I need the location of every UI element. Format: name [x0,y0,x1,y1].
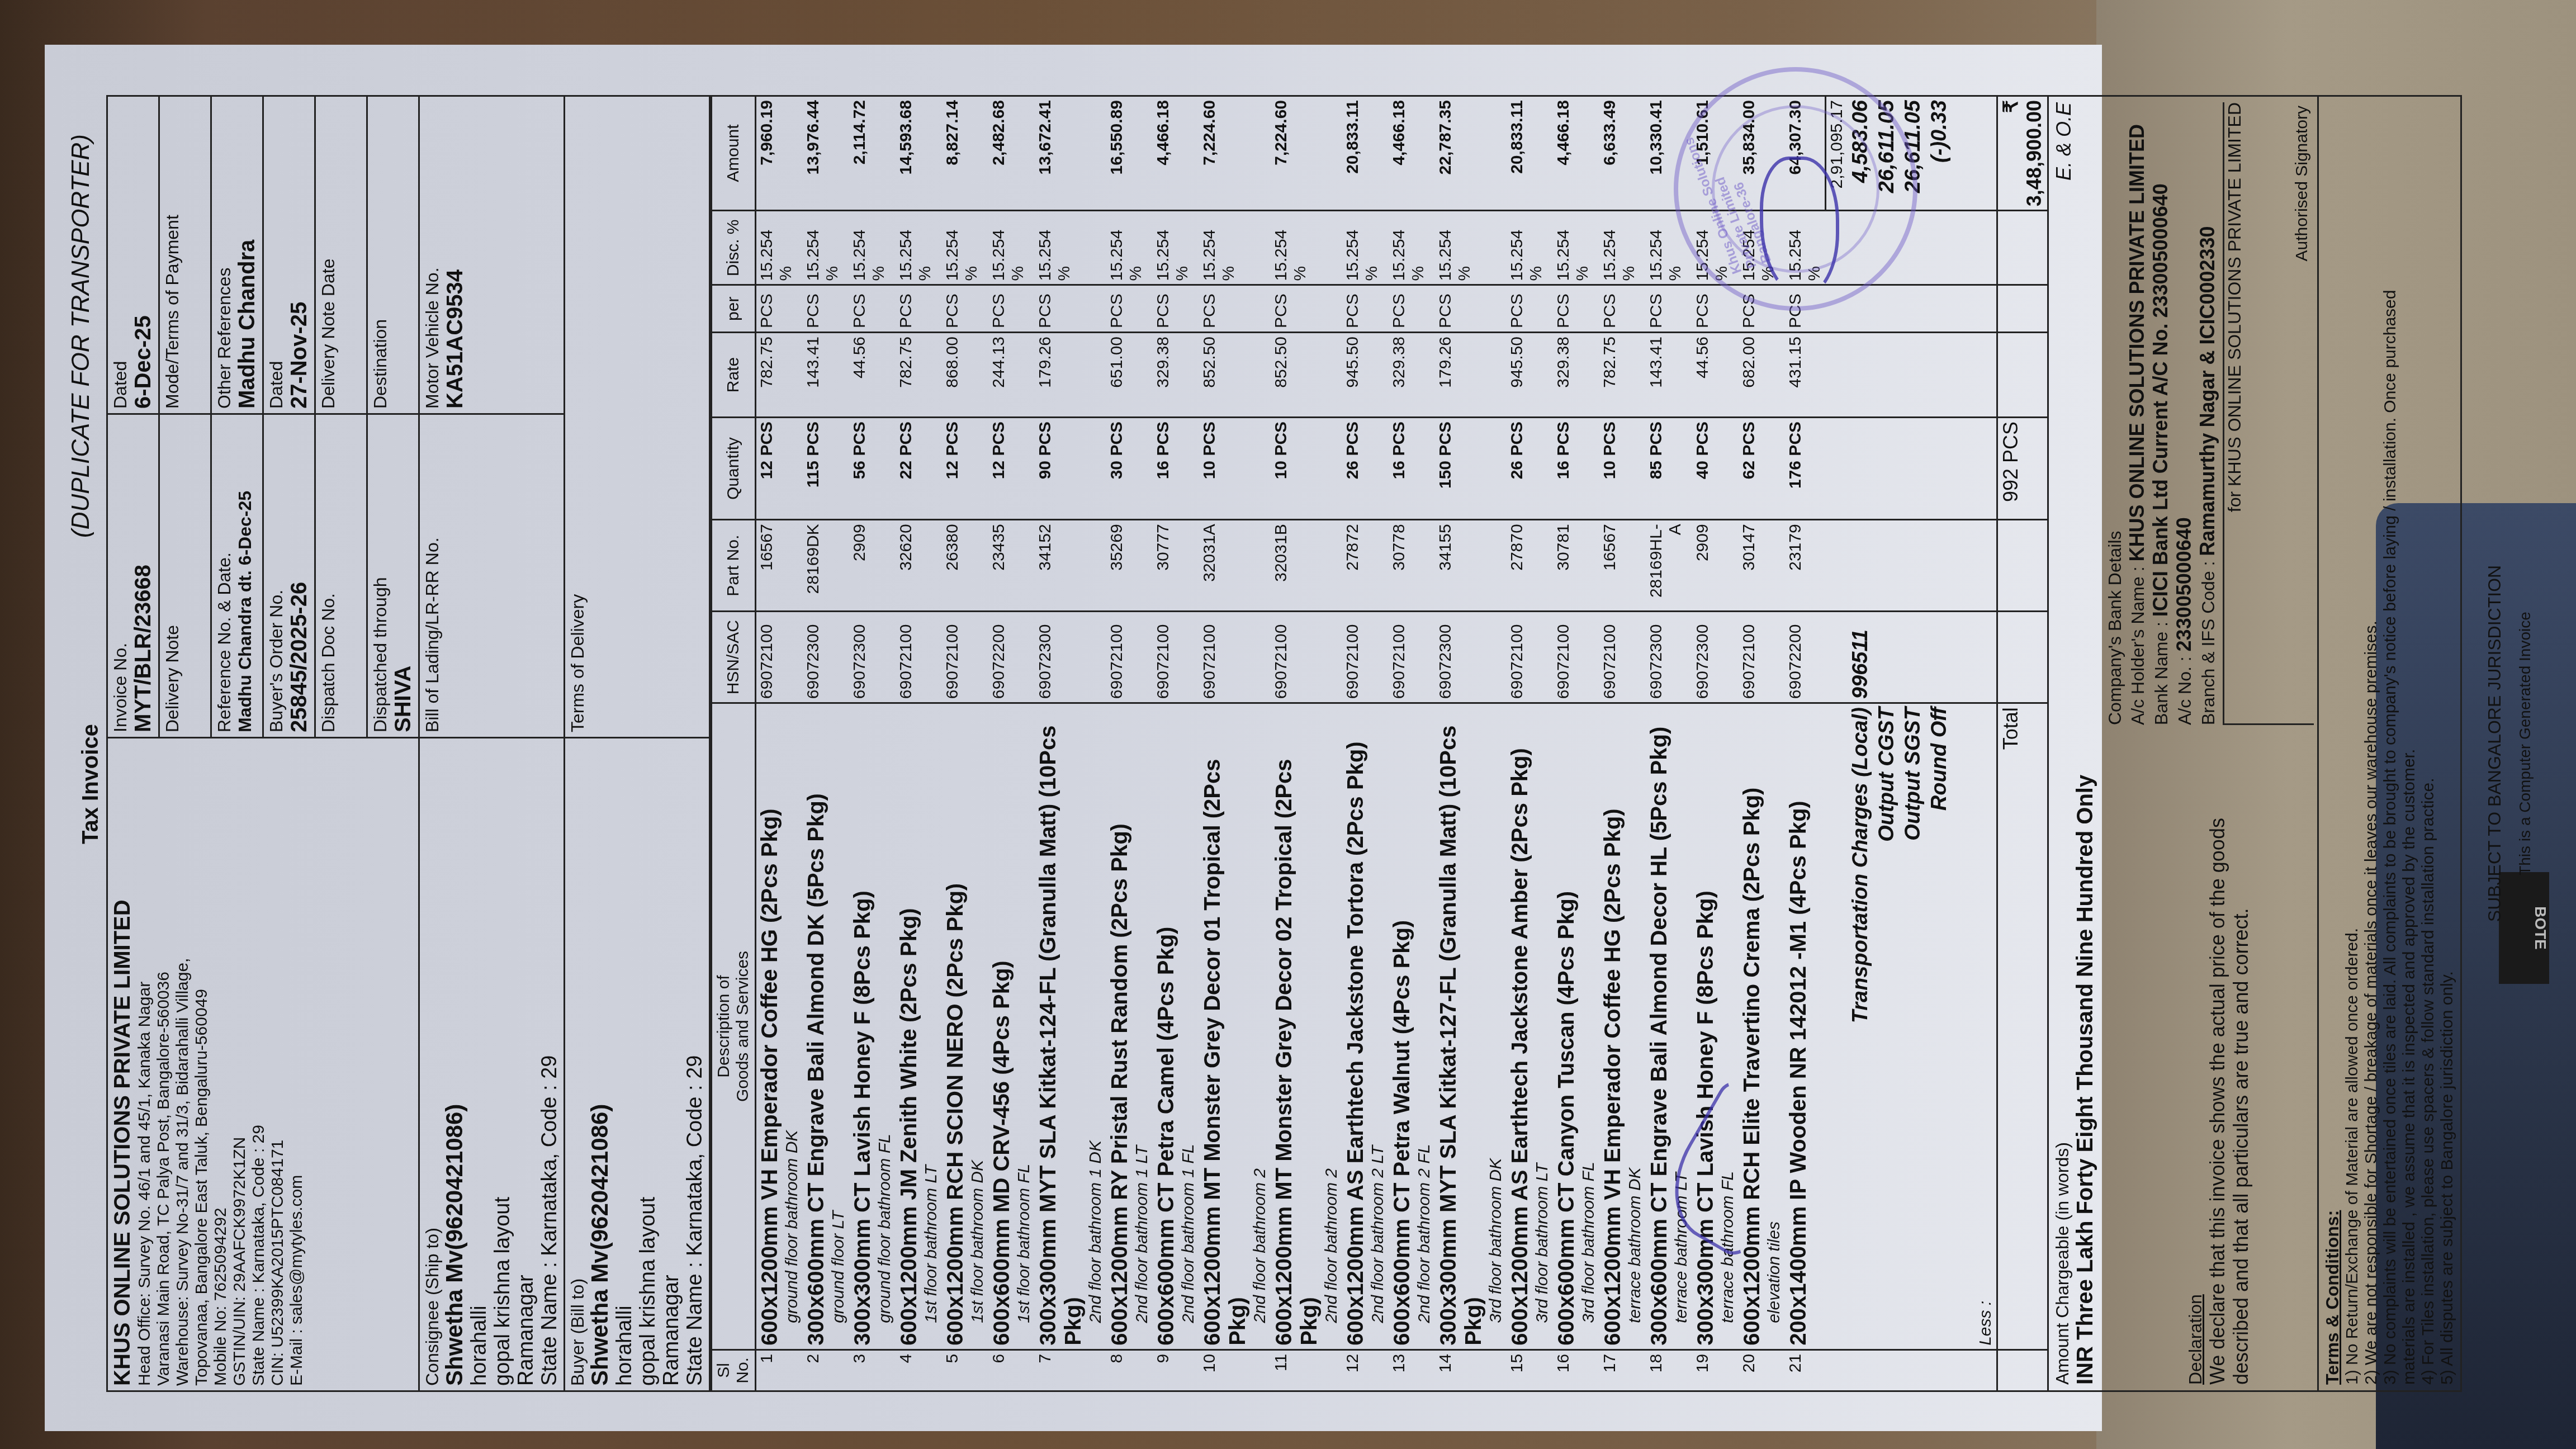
table-row: 10600x1200mm MT Monster Grey Decor 01 Tr… [1199,96,1271,1391]
bank-title: Company's Bank Details [2105,102,2125,725]
invoice-no-label: Invoice No. [110,419,131,732]
table-row: 13600x600mm CT Petra Walnut (4Pcs Pkg)2n… [1389,96,1435,1391]
item-sl: 4 [896,1349,942,1391]
buyer-name: Shwetha Mv(9620421086) [586,1104,613,1386]
text-line: 3) No complaints will be entertained onc… [2381,102,2400,1385]
blank-cell [1953,612,1997,703]
item-rate: 682.00 [1739,332,1785,417]
blank-cell [1874,520,1900,612]
item-hsn: 69072300 [849,612,896,703]
invoice-header: KHUS ONLINE SOLUTIONS PRIVATE LIMITED He… [106,95,711,1392]
item-discount: 15.254 % [1599,211,1646,285]
blank-cell [1825,612,1848,703]
blank-cell [1825,1349,1848,1391]
item-amount: 6,633.49 [1599,96,1646,211]
item-part-no: 32031A [1199,520,1271,612]
amount-in-words: INR Three Lakh Forty Eight Thousand Nine… [2073,736,2098,1385]
blank-cell [1953,417,1997,519]
item-discount: 15.254 % [1153,211,1199,285]
reference-label: Reference No. & Date. [214,419,235,732]
item-per: PCS [1553,285,1599,332]
table-row: 6600x600mm MD CRV-456 (4Pcs Pkg)1st floo… [988,96,1035,1391]
item-amount: 16,550.89 [1106,96,1153,211]
invoice-no: MYT/BLR/23668 [131,419,156,732]
col-disc: Disc. % [712,211,756,285]
col-description: Description ofGoods and Services [712,703,756,1350]
item-quantity: 22 PCS [896,417,942,519]
blank-cell [1825,417,1848,519]
item-amount: 4,466.18 [1553,96,1599,211]
bank-row: Bank Name : ICICI Bank Ltd Current A/C N… [2149,102,2172,725]
item-discount: 15.254 % [942,211,988,285]
item-per: PCS [1106,285,1153,332]
blank-cell [1997,520,2048,612]
item-hsn: 69072200 [988,612,1035,703]
total-quantity: 992 PCS [1997,417,2048,519]
item-hsn: 69072200 [1785,612,1825,703]
col-part: Part No. [712,520,756,612]
item-rate: 44.56 [849,332,896,417]
reference-value: Madhu Chandra dt. 6-Dec-25 [235,419,255,732]
item-rate: 143.41 [803,332,849,417]
charge-hsn: 996511 [1848,612,1874,703]
item-sl: 19 [1692,1349,1739,1391]
eoe: E. & O.E [2052,102,2076,725]
item-hsn: 69072100 [1153,612,1199,703]
item-rate: 244.13 [988,332,1035,417]
table-row: 15600x1200mm AS Earthtech Jackstone Ambe… [1507,96,1553,1391]
invoice-date: 6-Dec-25 [131,101,156,409]
blank-cell [1874,417,1900,519]
item-quantity: 115 PCS [803,417,849,519]
item-per: PCS [1599,285,1646,332]
blank-cell [1825,703,1848,1350]
table-row: 3300x300mm CT Lavish Honey F (8Pcs Pkg)g… [849,96,896,1391]
signatory-for: for KHUS ONLINE SOLUTIONS PRIVATE LIMITE… [2224,102,2245,723]
delivery-note-label: Delivery Note [162,419,183,732]
item-description: 600x1200mm MT Monster Grey Decor 01 Trop… [1199,703,1271,1350]
blank-cell [1997,1349,2048,1391]
blank-cell [1825,520,1848,612]
item-part-no: 30147 [1739,520,1785,612]
destination-label: Destination [370,101,391,409]
item-description: 300x300mm CT Lavish Honey F (8Pcs Pkg)gr… [849,703,896,1350]
blank-cell [1997,332,2048,417]
total-amount: ₹ 3,48,900.00 [1997,96,2048,211]
amount-words-label: Amount Chargeable (in words) [2052,736,2073,1385]
item-part-no: 30781 [1553,520,1599,612]
item-discount: 15.254 % [756,211,803,285]
dispatched-through-label: Dispatched through [370,419,391,732]
item-hsn: 69072100 [1553,612,1599,703]
item-part-no: 28169HL-A [1646,520,1692,612]
item-hsn: 69072300 [1692,612,1739,703]
item-amount: 22,787.35 [1435,96,1507,211]
item-part-no: 27870 [1507,520,1553,612]
item-quantity: 10 PCS [1199,417,1271,519]
item-hsn: 69072100 [1199,612,1271,703]
item-description: 600x600mm CT Canyon Tuscan (4Pcs Pkg)3rd… [1553,703,1599,1350]
item-per: PCS [1389,285,1435,332]
table-row: 11600x1200mm MT Monster Grey Decor 02 Tr… [1271,96,1342,1391]
item-description: 600x1200mm RCH Elite Travertino Crema (2… [1739,703,1785,1350]
item-rate: 945.50 [1342,332,1389,417]
invoice-sheet: Tax Invoice (DUPLICATE FOR TRANSPORTER) … [45,45,2102,1431]
item-description: 600x600mm MD CRV-456 (4Pcs Pkg)1st floor… [988,703,1035,1350]
text-line: Ramanagar [660,743,683,1386]
item-quantity: 10 PCS [1599,417,1646,519]
item-rate: 179.26 [1035,332,1106,417]
buyer-state: State Name : Karnataka, Code : 29 [683,743,707,1386]
blank-cell [1874,332,1900,417]
consignee-state: State Name : Karnataka, Code : 29 [538,743,561,1386]
seller-name: KHUS ONLINE SOLUTIONS PRIVATE LIMITED [110,743,135,1386]
item-description: 300x300mm MYT SLA Kitkat-127-FL (Granull… [1435,703,1507,1350]
item-sl: 20 [1739,1349,1785,1391]
item-quantity: 26 PCS [1342,417,1389,519]
text-line: 5) All disputes are subject to Bangalore… [2438,102,2457,1385]
item-per: PCS [896,285,942,332]
vehicle-label: Motor Vehicle No. [422,101,443,409]
item-sl: 17 [1599,1349,1646,1391]
item-quantity: 16 PCS [1553,417,1599,519]
item-per: PCS [1153,285,1199,332]
item-discount: 15.254 % [1271,211,1342,285]
bank-row: Branch & IFS Code : Ramamurthy Nagar & I… [2196,102,2219,725]
table-row: 7300x300mm MYT SLA Kitkat-124-FL (Granul… [1035,96,1106,1391]
item-part-no: 2909 [849,520,896,612]
item-per: PCS [1507,285,1553,332]
other-ref-label: Other References [214,101,235,409]
item-hsn: 69072100 [1342,612,1389,703]
item-per: PCS [849,285,896,332]
item-hsn: 69072100 [1739,612,1785,703]
blank-cell [1926,520,1953,612]
blank-cell [1848,417,1874,519]
col-amount: Amount [712,96,756,211]
item-description: 600x600mm CT Petra Walnut (4Pcs Pkg)2nd … [1389,703,1435,1350]
buyer-label: Buyer (Bill to) [567,743,588,1386]
col-qty: Quantity [712,417,756,519]
charge-hsn [1900,612,1926,703]
blank-cell [1953,1349,1997,1391]
item-discount: 15.254 % [803,211,849,285]
item-rate: 329.38 [1153,332,1199,417]
item-description: 600x1200mm VH Emperador Coffee HG (2Pcs … [1599,703,1646,1350]
charge-row: Round Off(-)0.33 [1926,96,1953,1391]
table-row: 2300x600mm CT Engrave Bali Almond DK (5P… [803,96,849,1391]
blank-cell [1926,211,1953,285]
delivery-note-date-label: Delivery Note Date [318,101,339,409]
authorised-signatory: Authorised Signatory [2293,106,2312,262]
text-line: Head Office: Survey No. 46/1 and 45/1, K… [135,743,154,1386]
terms-title: Terms & Conditions: [2322,102,2343,1385]
less-label: Less : [1953,703,1997,1350]
declaration-text: We declare that this invoice shows the a… [2206,736,2253,1385]
jurisdiction: SUBJECT TO BANGALORE JURISDICTION [2484,95,2505,1392]
text-line: Warehouse: Survey No-31/7 and 31/3, Bida… [173,743,192,1386]
item-amount: 4,466.18 [1389,96,1435,211]
invoice-footer: Amount Chargeable (in words) INR Three L… [2049,95,2462,1392]
item-rate: 44.56 [1692,332,1739,417]
blank-cell [1926,1349,1953,1391]
text-line: GSTIN/UIN: 29AAFCK9972K1ZN [230,743,249,1386]
item-sl: 16 [1553,1349,1599,1391]
table-row: 9600x600mm CT Petra Camel (4Pcs Pkg)2nd … [1153,96,1199,1391]
buyers-order-label: Buyer's Order No. [266,419,287,732]
item-per: PCS [1435,285,1507,332]
table-row: 14300x300mm MYT SLA Kitkat-127-FL (Granu… [1435,96,1507,1391]
text-line: gopal krishna layout [491,743,514,1386]
item-sl: 11 [1271,1349,1342,1391]
item-discount: 15.254 % [1106,211,1153,285]
item-description: 200x1400mm IP Wooden NR 142012 -M1 (4Pcs… [1785,703,1825,1350]
item-description: 600x1200mm RCH SCION NERO (2Pcs Pkg)1st … [942,703,988,1350]
item-hsn: 69072100 [1507,612,1553,703]
item-rate: 431.15 [1785,332,1825,417]
item-quantity: 176 PCS [1785,417,1825,519]
table-row: 5600x1200mm RCH SCION NERO (2Pcs Pkg)1st… [942,96,988,1391]
item-quantity: 90 PCS [1035,417,1106,519]
invoice-title: Tax Invoice [78,724,103,844]
item-quantity: 62 PCS [1739,417,1785,519]
item-per: PCS [803,285,849,332]
item-part-no: 23179 [1785,520,1825,612]
item-quantity: 16 PCS [1153,417,1199,519]
item-part-no: 28169DK [803,520,849,612]
text-line: CIN: U52399KA2015PTC084171 [268,743,287,1386]
item-per: PCS [1035,285,1106,332]
text-line: 2) We are not responsible for Shortage /… [2362,102,2381,1385]
item-discount: 15.254 % [1035,211,1106,285]
item-description: 600x1200mm MT Monster Grey Decor 02 Trop… [1271,703,1342,1350]
buyers-order-value: 25845/2025-26 [287,419,312,732]
table-row: 4600x1200mm JM Zenith White (2Pcs Pkg)1s… [896,96,942,1391]
blank-cell [1997,211,2048,285]
blank-cell [1997,285,2048,332]
blank-cell [1900,520,1926,612]
item-amount: 4,466.18 [1153,96,1199,211]
item-sl: 5 [942,1349,988,1391]
item-description: 300x600mm CT Engrave Bali Almond Decor H… [1646,703,1692,1350]
item-per: PCS [1646,285,1692,332]
item-sl: 3 [849,1349,896,1391]
item-sl: 12 [1342,1349,1389,1391]
item-amount: 7,224.60 [1271,96,1342,211]
item-discount: 15.254 % [1435,211,1507,285]
item-hsn: 69072300 [1035,612,1106,703]
item-part-no: 27872 [1342,520,1389,612]
blank-cell [1900,417,1926,519]
item-quantity: 12 PCS [988,417,1035,519]
item-part-no: 30778 [1389,520,1435,612]
item-discount: 15.254 % [1199,211,1271,285]
charge-amount: (-)0.33 [1926,96,1953,211]
buyer-address: horahalligopal krishna layoutRamanagar [613,743,683,1386]
item-part-no: 30777 [1153,520,1199,612]
item-per: PCS [942,285,988,332]
charge-label: Transportation Charges (Local) [1848,703,1874,1350]
bank-details: A/c Holder's Name : KHUS ONLINE SOLUTION… [2125,102,2219,725]
text-line: horahalli [467,743,491,1386]
charge-hsn [1926,612,1953,703]
text-line: 1) No Return/Exchange of Material are al… [2343,102,2362,1385]
bank-row: A/c No. : 233005000640 [2172,102,2196,725]
item-description: 600x1200mm JM Zenith White (2Pcs Pkg)1st… [896,703,942,1350]
item-per: PCS [1199,285,1271,332]
blank-cell [1900,1349,1926,1391]
item-per: PCS [988,285,1035,332]
item-per: PCS [1342,285,1389,332]
item-part-no: 32620 [896,520,942,612]
charge-hsn [1874,612,1900,703]
order-date: 27-Nov-25 [287,101,312,409]
text-line: Ramanagar [514,743,538,1386]
item-part-no: 2909 [1692,520,1739,612]
text-line: gopal krishna layout [636,743,660,1386]
item-part-no: 23435 [988,520,1035,612]
item-amount: 13,976.44 [803,96,849,211]
item-sl: 9 [1153,1349,1199,1391]
dispatched-through-value: SHIVA [391,419,416,732]
item-hsn: 69072100 [1106,612,1153,703]
blank-cell [1926,332,1953,417]
item-rate: 329.38 [1389,332,1435,417]
text-line: Varanasi Main Road, TC Palya Post, Banga… [154,743,173,1386]
item-quantity: 150 PCS [1435,417,1507,519]
charge-label: Round Off [1926,703,1953,1350]
item-rate: 143.41 [1646,332,1692,417]
total-label: Total [1997,703,2048,1350]
blank-cell [1953,285,1997,332]
table-row: 8600x1200mm RY Pristal Rust Random (2Pcs… [1106,96,1153,1391]
blank-cell [1953,96,1997,211]
item-rate: 868.00 [942,332,988,417]
col-hsn: HSN/SAC [712,612,756,703]
item-rate: 782.75 [896,332,942,417]
charge-label: Output CGST [1874,703,1900,1350]
item-per: PCS [756,285,803,332]
item-description: 600x1200mm RY Pristal Rust Random (2Pcs … [1106,703,1153,1350]
item-sl: 1 [756,1349,803,1391]
blank-cell [1825,332,1848,417]
copy-label: (DUPLICATE FOR TRANSPORTER) [67,134,95,538]
item-rate: 329.38 [1553,332,1599,417]
consignee-address: horahalligopal krishna layoutRamanagar [467,743,538,1386]
item-part-no: 26380 [942,520,988,612]
declaration-label: Declaration [2185,736,2206,1385]
table-row: 16600x600mm CT Canyon Tuscan (4Pcs Pkg)3… [1553,96,1599,1391]
text-line: Topovanaa, Bangalore East Taluk, Bengalu… [192,743,211,1386]
item-amount: 8,827.14 [942,96,988,211]
charge-label: Output SGST [1900,703,1926,1350]
blank-cell [1926,285,1953,332]
item-part-no: 35269 [1106,520,1153,612]
item-amount: 7,224.60 [1199,96,1271,211]
bill-of-lading-label: Bill of Lading/LR-RR No. [422,419,443,732]
consignee-block: Consignee (Ship to) Shwetha Mv(962042108… [419,738,565,1391]
item-description: 600x1200mm VH Emperador Coffee HG (2Pcs … [756,703,803,1350]
order-dated-label: Dated [266,101,287,409]
blank-cell [1848,520,1874,612]
item-sl: 18 [1646,1349,1692,1391]
item-part-no: 16567 [756,520,803,612]
dated-label: Dated [110,101,131,409]
blank-cell [1953,520,1997,612]
item-discount: 15.254 % [896,211,942,285]
item-hsn: 69072100 [1389,612,1435,703]
table-row: 17600x1200mm VH Emperador Coffee HG (2Pc… [1599,96,1646,1391]
item-rate: 852.50 [1199,332,1271,417]
blank-cell [1848,332,1874,417]
buyer-block: Buyer (Bill to) Shwetha Mv(9620421086) h… [565,738,710,1391]
item-per: PCS [1271,285,1342,332]
item-quantity: 40 PCS [1692,417,1739,519]
col-rate: Rate [712,332,756,417]
item-description: 300x300mm MYT SLA Kitkat-124-FL (Granull… [1035,703,1106,1350]
item-sl: 7 [1035,1349,1106,1391]
bank-row: A/c Holder's Name : KHUS ONLINE SOLUTION… [2125,102,2149,725]
blank-cell [1997,612,2048,703]
table-row: 12600x1200mm AS Earthtech Jackstone Tort… [1342,96,1389,1391]
item-sl: 2 [803,1349,849,1391]
item-rate: 782.75 [1599,332,1646,417]
col-per: per [712,285,756,332]
item-hsn: 69072100 [942,612,988,703]
item-rate: 782.75 [756,332,803,417]
terms-of-delivery-label: Terms of Delivery [567,101,588,732]
item-hsn: 69072300 [803,612,849,703]
item-amount: 20,833.11 [1342,96,1389,211]
item-quantity: 30 PCS [1106,417,1153,519]
item-hsn: 69072300 [1435,612,1507,703]
item-hsn: 69072100 [1599,612,1646,703]
seller-block: KHUS ONLINE SOLUTIONS PRIVATE LIMITED He… [107,738,419,1391]
blank-cell [1953,211,1997,285]
item-hsn: 69072300 [1646,612,1692,703]
item-discount: 15.254 % [1389,211,1435,285]
item-discount: 15.254 % [988,211,1035,285]
item-rate: 179.26 [1435,332,1507,417]
item-amount: 13,672.41 [1035,96,1106,211]
item-part-no: 34155 [1435,520,1507,612]
item-amount: 20,833.11 [1507,96,1553,211]
computer-generated-note: This is a Computer Generated Invoice [2516,95,2534,1392]
consignee-label: Consignee (Ship to) [422,743,443,1386]
item-part-no: 16567 [1599,520,1646,612]
item-sl: 15 [1507,1349,1553,1391]
text-line: Mobile No: 7625094292 [211,743,230,1386]
item-quantity: 12 PCS [756,417,803,519]
item-sl: 21 [1785,1349,1825,1391]
item-part-no: 34152 [1035,520,1106,612]
item-hsn: 69072100 [756,612,803,703]
text-line: E-Mail : sales@mytyles.com [287,743,306,1386]
item-sl: 13 [1389,1349,1435,1391]
blank-cell [1874,1349,1900,1391]
dispatch-doc-label: Dispatch Doc No. [318,419,339,732]
item-discount: 15.254 % [1507,211,1553,285]
item-rate: 852.50 [1271,332,1342,417]
item-sl: 8 [1106,1349,1153,1391]
item-quantity: 12 PCS [942,417,988,519]
item-description: 600x600mm CT Petra Camel (4Pcs Pkg)2nd f… [1153,703,1199,1350]
blank-cell [1874,285,1900,332]
item-quantity: 26 PCS [1507,417,1553,519]
item-discount: 15.254 % [1342,211,1389,285]
blank-cell [1953,332,1997,417]
item-sl: 10 [1199,1349,1271,1391]
